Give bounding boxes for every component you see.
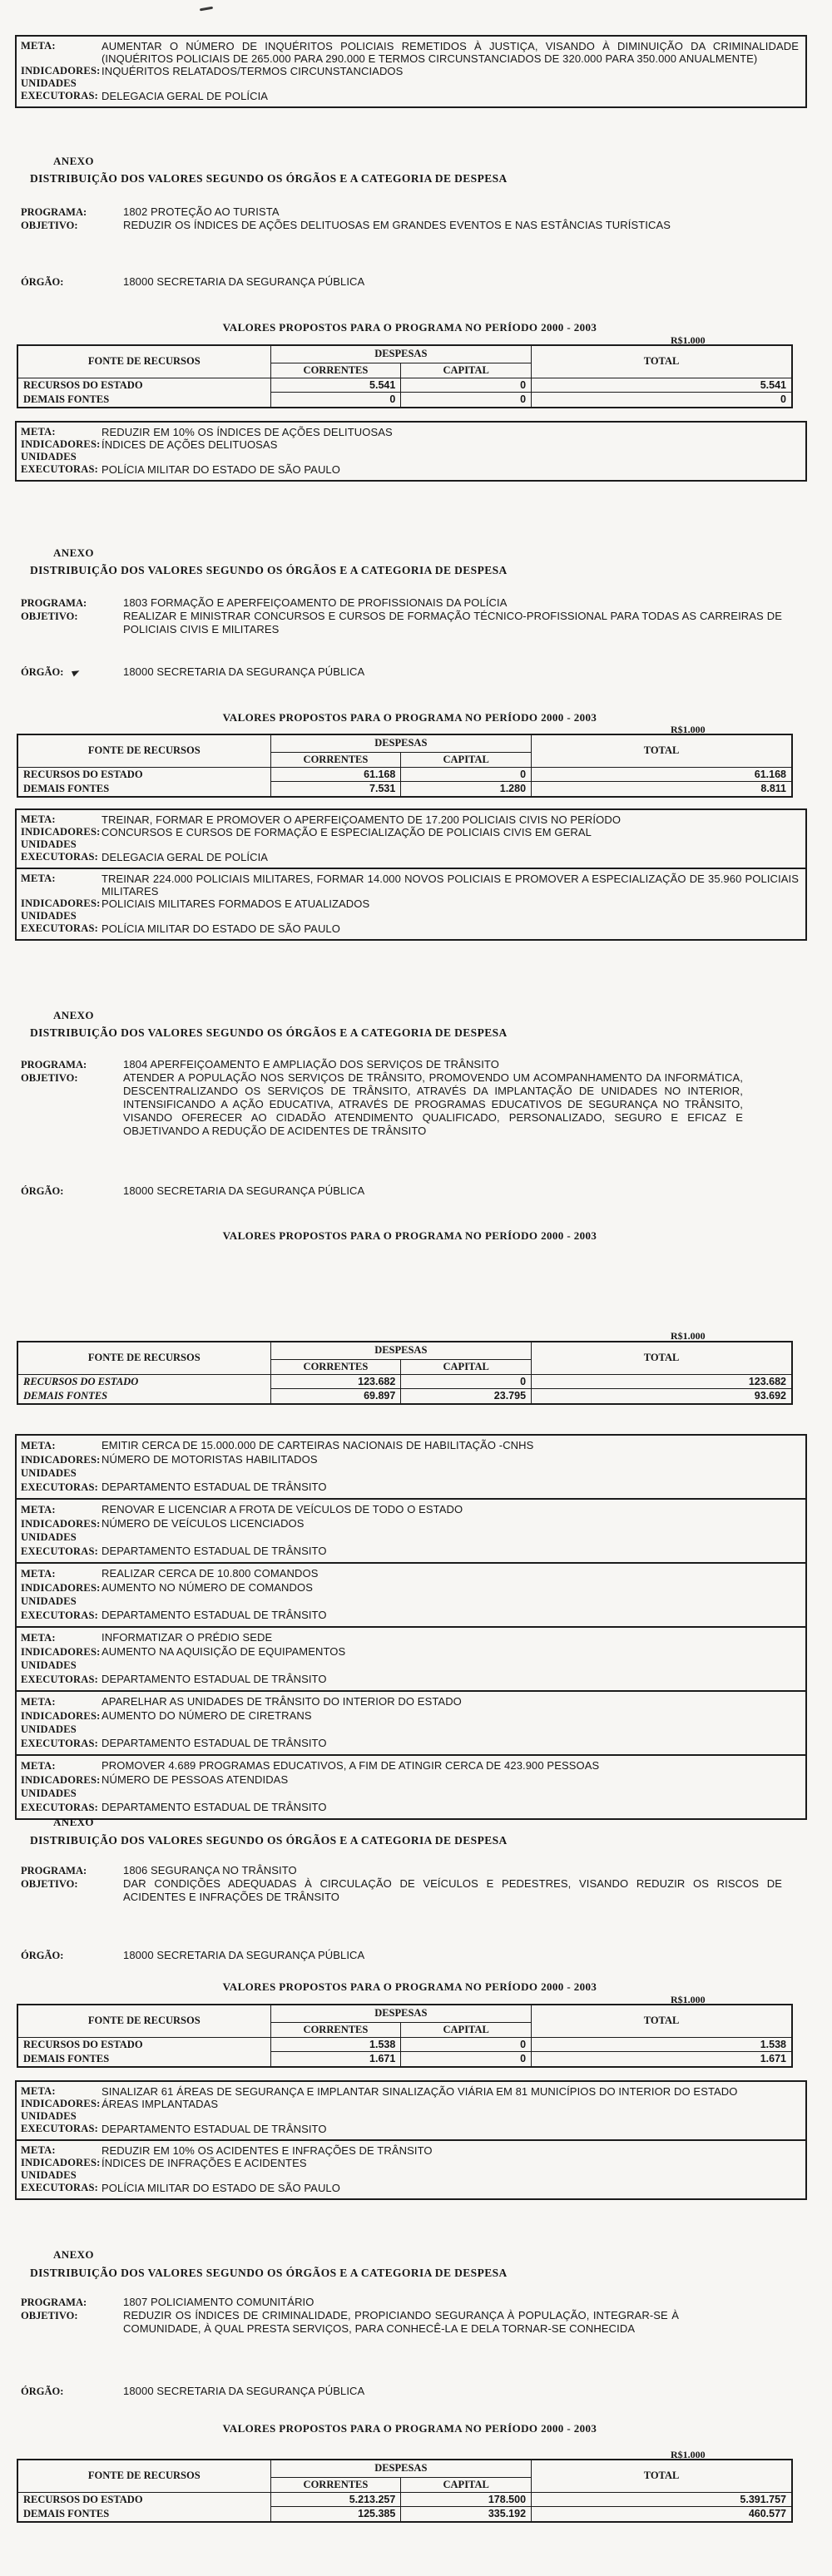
col-total: TOTAL [532,2005,792,2037]
table-row: RECURSOS DO ESTADO 123.682 0 123.682 [17,1374,792,1389]
col-correntes: CORRENTES [270,2477,401,2492]
table-row: RECURSOS DO ESTADO 61.168 0 61.168 [17,767,792,782]
executoras-text: POLÍCIA MILITAR DO ESTADO DE SÃO PAULO [102,463,799,476]
table-row: DEMAIS FONTES 7.531 1.280 8.811 [17,782,792,797]
programa-label: PROGRAMA: [21,1058,123,1071]
orgao-label: ÓRGÃO: [21,275,123,289]
indicadores-label: INDICADORES: [21,2098,102,2110]
unidades-label: UNIDADES [21,910,102,922]
meta-group: META:PROMOVER 4.689 PROGRAMAS EDUCATIVOS… [17,1754,805,1818]
orgao-value: 18000 SECRETARIA DA SEGURANÇA PÚBLICA [123,1184,782,1198]
distribuicao-heading: DISTRIBUIÇÃO DOS VALORES SEGUNDO OS ÓRGÃ… [30,1026,508,1040]
col-total: TOTAL [532,2460,792,2492]
distribuicao-heading: DISTRIBUIÇÃO DOS VALORES SEGUNDO OS ÓRGÃ… [30,1834,508,1847]
executoras-text: DEPARTAMENTO ESTADUAL DE TRÂNSITO [102,1801,799,1815]
indicadores-text: POLICIAIS MILITARES FORMADOS E ATUALIZAD… [102,897,799,910]
orgao-row: ÓRGÃO:18000 SECRETARIA DA SEGURANÇA PÚBL… [21,275,799,289]
objetivo-label: OBJETIVO: [21,1071,123,1138]
col-correntes: CORRENTES [270,752,401,767]
indicadores-text: ÍNDICES DE AÇÕES DELITUOSAS [102,438,799,451]
col-fonte: FONTE DE RECURSOS [17,345,270,378]
table-row: DEMAIS FONTES 1.671 0 1.671 [17,2052,792,2067]
cell-capital: 1.280 [401,782,532,797]
row-label: RECURSOS DO ESTADO [17,2037,270,2052]
col-fonte: FONTE DE RECURSOS [17,1342,270,1374]
row-label: DEMAIS FONTES [17,2507,270,2522]
funding-table: FONTE DE RECURSOS DESPESAS TOTAL CORRENT… [17,344,793,408]
unidades-label: UNIDADES [21,2169,102,2182]
indicadores-text: ÍNDICES DE INFRAÇÕES E ACIDENTES [102,2157,799,2169]
col-capital: CAPITAL [401,363,532,378]
cell-total: 93.692 [532,1389,792,1404]
funding-table: FONTE DE RECURSOS DESPESAS TOTAL CORRENT… [17,2459,793,2523]
col-despesas: DESPESAS [270,2005,531,2022]
meta-box: META:TREINAR, FORMAR E PROMOVER O APERFE… [15,808,807,941]
indicadores-label: INDICADORES: [21,1645,102,1659]
meta-label: META: [21,426,102,438]
cell-correntes: 0 [270,393,401,408]
meta-group: META:INFORMATIZAR O PRÉDIO SEDE INDICADO… [17,1626,805,1690]
unidades-label: UNIDADES [21,77,102,90]
meta-label: META: [21,1503,102,1517]
cell-correntes: 69.897 [270,1389,401,1404]
orgao-label: ÓRGÃO: [21,1184,123,1198]
executoras-label: EXECUTORAS: [21,1609,102,1623]
indicadores-label: INDICADORES: [21,1581,102,1595]
valores-title: VALORES PROPOSTOS PARA O PROGRAMA NO PER… [21,711,799,724]
programa-label: PROGRAMA: [21,1864,123,1877]
distribuicao-heading: DISTRIBUIÇÃO DOS VALORES SEGUNDO OS ÓRGÃ… [30,564,508,577]
anexo-heading: ANEXO [53,546,94,560]
meta-label: META: [21,2144,102,2157]
table-row: RECURSOS DO ESTADO 5.213.257 178.500 5.3… [17,2492,792,2507]
executoras-text: DEPARTAMENTO ESTADUAL DE TRÂNSITO [102,2123,799,2135]
executoras-label: EXECUTORAS: [21,2182,102,2194]
unidades-label: UNIDADES [21,2110,102,2123]
meta-text: TREINAR, FORMAR E PROMOVER O APERFEIÇOAM… [102,813,799,826]
meta-text: REDUZIR EM 10% OS ÍNDICES DE AÇÕES DELIT… [102,426,799,438]
col-despesas: DESPESAS [270,1342,531,1359]
cell-capital: 0 [401,2037,532,2052]
programa-value: 1803 FORMAÇÃO E APERFEIÇOAMENTO DE PROFI… [123,596,782,610]
meta-box: META:SINALIZAR 61 ÁREAS DE SEGURANÇA E I… [15,2080,807,2200]
objetivo-value: REDUZIR OS ÍNDICES DE AÇÕES DELITUOSAS E… [123,219,679,232]
indicadores-text: NÚMERO DE MOTORISTAS HABILITADOS [102,1453,799,1467]
meta-label: META: [21,813,102,826]
indicadores-label: INDICADORES: [21,1773,102,1787]
unidades-label: UNIDADES [21,1530,102,1545]
indicadores-label: INDICADORES: [21,1517,102,1531]
executoras-text: DELEGACIA GERAL DE POLÍCIA [102,90,799,102]
meta-label: META: [21,873,102,897]
meta-group: META:TREINAR 224.000 POLICIAIS MILITARES… [17,868,805,939]
anexo-heading: ANEXO [53,155,94,168]
meta-group: META:APARELHAR AS UNIDADES DE TRÂNSITO D… [17,1690,805,1754]
orgao-value: 18000 SECRETARIA DA SEGURANÇA PÚBLICA [123,665,782,679]
cell-total: 460.577 [532,2507,792,2522]
unidades-label: UNIDADES [21,1466,102,1481]
programa-value: 1802 PROTEÇÃO AO TURISTA [123,205,782,219]
indicadores-text: AUMENTO DO NÚMERO DE CIRETRANS [102,1709,799,1723]
meta-label: META: [21,1759,102,1773]
meta-group: META:AUMENTAR O NÚMERO DE INQUÉRITOS POL… [17,37,805,106]
meta-text: AUMENTAR O NÚMERO DE INQUÉRITOS POLICIAI… [102,40,799,65]
meta-text: TREINAR 224.000 POLICIAIS MILITARES, FOR… [102,873,799,897]
anexo-heading: ANEXO [53,1009,94,1022]
meta-group: META:REDUZIR EM 10% OS ÍNDICES DE AÇÕES … [17,423,805,480]
col-capital: CAPITAL [401,752,532,767]
meta-text: RENOVAR E LICENCIAR A FROTA DE VEÍCULOS … [102,1503,799,1517]
meta-text: REALIZAR CERCA DE 10.800 COMANDOS [102,1567,799,1581]
cell-total: 61.168 [532,767,792,782]
valores-title: VALORES PROPOSTOS PARA O PROGRAMA NO PER… [21,1980,799,1994]
meta-group: META:RENOVAR E LICENCIAR A FROTA DE VEÍC… [17,1498,805,1562]
indicadores-label: INDICADORES: [21,1709,102,1723]
funding-table: FONTE DE RECURSOS DESPESAS TOTAL CORRENT… [17,2004,793,2068]
col-despesas: DESPESAS [270,345,531,363]
indicadores-text: ÁREAS IMPLANTADAS [102,2098,799,2110]
executoras-text: DEPARTAMENTO ESTADUAL DE TRÂNSITO [102,1737,799,1751]
meta-label: META: [21,1439,102,1453]
unidades-label: UNIDADES [21,1659,102,1673]
anexo-heading: ANEXO [53,2248,94,2262]
funding-table: FONTE DE RECURSOS DESPESAS TOTAL CORRENT… [17,1341,793,1405]
executoras-text: DEPARTAMENTO ESTADUAL DE TRÂNSITO [102,1609,799,1623]
funding-table: FONTE DE RECURSOS DESPESAS TOTAL CORRENT… [17,734,793,798]
executoras-label: EXECUTORAS: [21,463,102,476]
unidades-label: UNIDADES [21,451,102,463]
indicadores-label: INDICADORES: [21,65,102,77]
table-row: RECURSOS DO ESTADO 5.541 0 5.541 [17,378,792,393]
col-despesas: DESPESAS [270,734,531,752]
col-fonte: FONTE DE RECURSOS [17,734,270,767]
row-label: RECURSOS DO ESTADO [17,767,270,782]
row-label: DEMAIS FONTES [17,782,270,797]
executoras-text: DELEGACIA GERAL DE POLÍCIA [102,851,799,863]
meta-text: SINALIZAR 61 ÁREAS DE SEGURANÇA E IMPLAN… [102,2085,799,2098]
executoras-label: EXECUTORAS: [21,2123,102,2135]
col-correntes: CORRENTES [270,363,401,378]
orgao-row: ÓRGÃO:18000 SECRETARIA DA SEGURANÇA PÚBL… [21,665,799,679]
programa-label: PROGRAMA: [21,596,123,610]
executoras-label: EXECUTORAS: [21,1737,102,1751]
table-row: RECURSOS DO ESTADO 1.538 0 1.538 [17,2037,792,2052]
col-capital: CAPITAL [401,2022,532,2037]
distribuicao-heading: DISTRIBUIÇÃO DOS VALORES SEGUNDO OS ÓRGÃ… [30,172,508,185]
programa-label: PROGRAMA: [21,2296,123,2309]
valores-title: VALORES PROPOSTOS PARA O PROGRAMA NO PER… [21,2422,799,2435]
objetivo-label: OBJETIVO: [21,1877,123,1904]
objetivo-value: REDUZIR OS ÍNDICES DE CRIMINALIDADE, PRO… [123,2309,679,2336]
meta-text: EMITIR CERCA DE 15.000.000 DE CARTEIRAS … [102,1439,799,1453]
row-label: RECURSOS DO ESTADO [17,1374,270,1389]
executoras-text: DEPARTAMENTO ESTADUAL DE TRÂNSITO [102,1481,799,1495]
executoras-label: EXECUTORAS: [21,851,102,863]
orgao-label: ÓRGÃO: [21,2385,123,2398]
row-label: RECURSOS DO ESTADO [17,2492,270,2507]
programa-value: 1806 SEGURANÇA NO TRÂNSITO [123,1864,782,1877]
meta-text: APARELHAR AS UNIDADES DE TRÂNSITO DO INT… [102,1695,799,1709]
program-block: PROGRAMA:1804 APERFEIÇOAMENTO E AMPLIAÇÃ… [21,1058,799,1138]
table-row: DEMAIS FONTES 125.385 335.192 460.577 [17,2507,792,2522]
cell-total: 123.682 [532,1374,792,1389]
executoras-text: DEPARTAMENTO ESTADUAL DE TRÂNSITO [102,1673,799,1687]
cell-total: 5.391.757 [532,2492,792,2507]
indicadores-text: CONCURSOS E CURSOS DE FORMAÇÃO E ESPECIA… [102,826,799,838]
meta-text: PROMOVER 4.689 PROGRAMAS EDUCATIVOS, A F… [102,1759,799,1773]
distribuicao-heading: DISTRIBUIÇÃO DOS VALORES SEGUNDO OS ÓRGÃ… [30,2267,508,2280]
meta-label: META: [21,2085,102,2098]
orgao-row: ÓRGÃO:18000 SECRETARIA DA SEGURANÇA PÚBL… [21,1949,799,1962]
unidades-label: UNIDADES [21,1787,102,1801]
indicadores-label: INDICADORES: [21,2157,102,2169]
row-label: DEMAIS FONTES [17,393,270,408]
executoras-text: DEPARTAMENTO ESTADUAL DE TRÂNSITO [102,1545,799,1559]
indicadores-text: NÚMERO DE PESSOAS ATENDIDAS [102,1773,799,1787]
cell-correntes: 5.541 [270,378,401,393]
orgao-row: ÓRGÃO:18000 SECRETARIA DA SEGURANÇA PÚBL… [21,2385,799,2398]
col-despesas: DESPESAS [270,2460,531,2477]
objetivo-label: OBJETIVO: [21,2309,123,2336]
meta-text: REDUZIR EM 10% OS ACIDENTES E INFRAÇÕES … [102,2144,799,2157]
table-row: DEMAIS FONTES 0 0 0 [17,393,792,408]
meta-label: META: [21,1695,102,1709]
orgao-label: ÓRGÃO: [21,1949,123,1962]
cell-correntes: 7.531 [270,782,401,797]
col-correntes: CORRENTES [270,2022,401,2037]
program-block: PROGRAMA:1803 FORMAÇÃO E APERFEIÇOAMENTO… [21,596,799,636]
meta-label: META: [21,40,102,65]
objetivo-label: OBJETIVO: [21,219,123,232]
col-total: TOTAL [532,734,792,767]
indicadores-text: AUMENTO NO NÚMERO DE COMANDOS [102,1581,799,1595]
meta-group: META:REDUZIR EM 10% OS ACIDENTES E INFRA… [17,2139,805,2198]
meta-group: META:EMITIR CERCA DE 15.000.000 DE CARTE… [17,1436,805,1498]
indicadores-text: AUMENTO NA AQUISIÇÃO DE EQUIPAMENTOS [102,1645,799,1659]
orgao-value: 18000 SECRETARIA DA SEGURANÇA PÚBLICA [123,1949,782,1962]
scan-artifact [200,7,213,12]
cell-correntes: 1.671 [270,2052,401,2067]
col-capital: CAPITAL [401,2477,532,2492]
cell-capital: 23.795 [401,1389,532,1404]
unidades-label: UNIDADES [21,1595,102,1609]
orgao-value: 18000 SECRETARIA DA SEGURANÇA PÚBLICA [123,275,782,289]
meta-group: META:TREINAR, FORMAR E PROMOVER O APERFE… [17,810,805,868]
indicadores-label: INDICADORES: [21,438,102,451]
col-total: TOTAL [532,345,792,378]
cell-correntes: 5.213.257 [270,2492,401,2507]
executoras-text: POLÍCIA MILITAR DO ESTADO DE SÃO PAULO [102,2182,799,2194]
cell-capital: 0 [401,2052,532,2067]
cell-correntes: 1.538 [270,2037,401,2052]
indicadores-label: INDICADORES: [21,1453,102,1467]
cell-correntes: 125.385 [270,2507,401,2522]
scanned-document-page: META:AUMENTAR O NÚMERO DE INQUÉRITOS POL… [0,0,832,2576]
meta-group: META:REALIZAR CERCA DE 10.800 COMANDOS I… [17,1562,805,1626]
valores-title: VALORES PROPOSTOS PARA O PROGRAMA NO PER… [21,321,799,334]
objetivo-value: ATENDER A POPULAÇÃO NOS SERVIÇOS DE TRÂN… [123,1071,743,1138]
valores-title: VALORES PROPOSTOS PARA O PROGRAMA NO PER… [21,1229,799,1243]
meta-group: META:SINALIZAR 61 ÁREAS DE SEGURANÇA E I… [17,2082,805,2139]
executoras-label: EXECUTORAS: [21,922,102,935]
executoras-label: EXECUTORAS: [21,1481,102,1495]
cell-total: 0 [532,393,792,408]
indicadores-text: NÚMERO DE VEÍCULOS LICENCIADOS [102,1517,799,1531]
executoras-text: POLÍCIA MILITAR DO ESTADO DE SÃO PAULO [102,922,799,935]
indicadores-label: INDICADORES: [21,826,102,838]
executoras-label: EXECUTORAS: [21,90,102,102]
cell-total: 5.541 [532,378,792,393]
program-block: PROGRAMA:1807 POLICIAMENTO COMUNITÁRIO O… [21,2296,799,2336]
meta-label: META: [21,1631,102,1645]
cell-capital: 0 [401,767,532,782]
cell-capital: 335.192 [401,2507,532,2522]
row-label: DEMAIS FONTES [17,2052,270,2067]
programa-value: 1807 POLICIAMENTO COMUNITÁRIO [123,2296,782,2309]
objetivo-label: OBJETIVO: [21,610,123,636]
col-correntes: CORRENTES [270,1359,401,1374]
row-label: DEMAIS FONTES [17,1389,270,1404]
indicadores-label: INDICADORES: [21,897,102,910]
indicadores-text: INQUÉRITOS RELATADOS/TERMOS CIRCUNSTANCI… [102,65,799,77]
cell-correntes: 61.168 [270,767,401,782]
meta-box: META:AUMENTAR O NÚMERO DE INQUÉRITOS POL… [15,35,807,108]
col-fonte: FONTE DE RECURSOS [17,2460,270,2492]
program-block: PROGRAMA:1806 SEGURANÇA NO TRÂNSITO OBJE… [21,1864,799,1904]
meta-label: META: [21,1567,102,1581]
meta-box: META:REDUZIR EM 10% OS ÍNDICES DE AÇÕES … [15,421,807,482]
meta-text: INFORMATIZAR O PRÉDIO SEDE [102,1631,799,1645]
row-label: RECURSOS DO ESTADO [17,378,270,393]
cell-capital: 0 [401,378,532,393]
orgao-value: 18000 SECRETARIA DA SEGURANÇA PÚBLICA [123,2385,782,2398]
unidades-label: UNIDADES [21,838,102,851]
objetivo-value: DAR CONDIÇÕES ADEQUADAS À CIRCULAÇÃO DE … [123,1877,782,1904]
col-fonte: FONTE DE RECURSOS [17,2005,270,2037]
program-block: PROGRAMA:1802 PROTEÇÃO AO TURISTA OBJETI… [21,205,799,232]
col-total: TOTAL [532,1342,792,1374]
meta-box: META:EMITIR CERCA DE 15.000.000 DE CARTE… [15,1434,807,1820]
orgao-row: ÓRGÃO:18000 SECRETARIA DA SEGURANÇA PÚBL… [21,1184,799,1198]
cell-capital: 0 [401,393,532,408]
anexo-heading: ANEXO [53,1816,94,1829]
col-capital: CAPITAL [401,1359,532,1374]
cell-total: 1.538 [532,2037,792,2052]
programa-value: 1804 APERFEIÇOAMENTO E AMPLIAÇÃO DOS SER… [123,1058,782,1071]
executoras-label: EXECUTORAS: [21,1673,102,1687]
executoras-label: EXECUTORAS: [21,1545,102,1559]
cell-total: 1.671 [532,2052,792,2067]
objetivo-value: REALIZAR E MINISTRAR CONCURSOS E CURSOS … [123,610,782,636]
cell-capital: 178.500 [401,2492,532,2507]
cell-capital: 0 [401,1374,532,1389]
programa-label: PROGRAMA: [21,205,123,219]
cell-total: 8.811 [532,782,792,797]
cell-correntes: 123.682 [270,1374,401,1389]
table-row: DEMAIS FONTES 69.897 23.795 93.692 [17,1389,792,1404]
executoras-label: EXECUTORAS: [21,1801,102,1815]
unidades-label: UNIDADES [21,1723,102,1737]
